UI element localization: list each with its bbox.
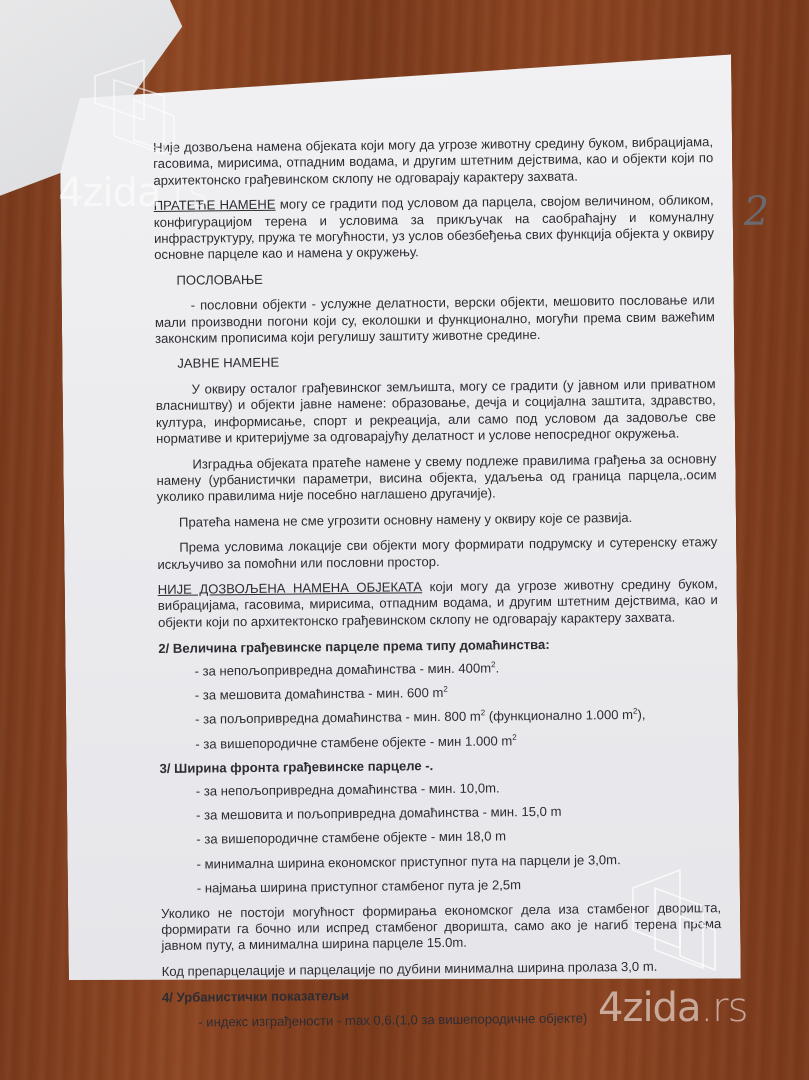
watermark-text: 4zida.rs	[58, 170, 207, 216]
paragraph-construction-rules: Изградња објеката пратеће намене у свему…	[156, 451, 716, 506]
heading-business: ПОСЛОВАЊЕ	[154, 267, 714, 289]
paragraph-economic-part: Уколико не постоји могућност формирања е…	[161, 900, 721, 955]
section-3-title: 3/ Ширина фронта грађевинске парцеле -.	[160, 755, 720, 777]
list-item: - за мешовита домаћинства - мин. 600 m2	[195, 682, 719, 704]
paragraph-basement: Према условима локације сви објекти могу…	[157, 534, 717, 573]
document-content: 2 Није дозвољена намена објеката који мо…	[153, 134, 722, 1039]
paragraph-public-use: У оквиру осталог грађевинског земљишта, …	[156, 376, 717, 447]
paragraph-prohibited-objects: НИЈЕ ДОЗВОЉЕНА НАМЕНА ОБЈЕКАТА који могу…	[158, 576, 718, 631]
section-3-list: - за непољопривредна домаћинства - мин. …	[160, 778, 721, 898]
heading-public-use: ЈАВНЕ НАМЕНЕ	[155, 351, 715, 373]
paragraph-accompanying-use: ПРАТЕЋЕ НАМЕНЕ могу се градити под услов…	[154, 192, 715, 263]
list-item: - најмања ширина приступног стамбеног пу…	[197, 875, 721, 897]
section-2-list: - за непољопривредна домаћинства - мин. …	[158, 658, 719, 753]
paragraph-reparcelation: Код препарцелације и парцелације по дуби…	[162, 958, 722, 980]
list-item: - за непољопривредна домаћинства - мин. …	[194, 658, 718, 680]
watermark-text: 4zida.rs	[598, 985, 747, 1031]
list-item: - за пољопривредна домаћинства - мин. 80…	[195, 706, 719, 728]
paragraph-business: - пословни објекти - услужне делатности,…	[155, 292, 715, 347]
prohibited-objects-label: НИЈЕ ДОЗВОЉЕНА НАМЕНА ОБЈЕКАТА	[158, 579, 423, 597]
section-2-title: 2/ Величина грађевинске парцеле према ти…	[158, 635, 718, 657]
list-item: - за мешовита и пољопривредна домаћинств…	[196, 802, 720, 824]
handwritten-page-number: 2	[744, 204, 770, 221]
list-item: - за непољопривредна домаћинства - мин. …	[196, 778, 720, 800]
list-item: - минимална ширина економског приступног…	[197, 851, 721, 873]
list-item: - за вишепородичне стамбене објекте - ми…	[195, 731, 719, 753]
paragraph-accompanying-limit: Пратећа намена не сме угрозити основну н…	[157, 509, 717, 531]
paragraph-prohibited-use: Није дозвољена намена објеката који могу…	[153, 134, 713, 189]
list-item: - за вишепородичне стамбене објекте - ми…	[196, 827, 720, 849]
